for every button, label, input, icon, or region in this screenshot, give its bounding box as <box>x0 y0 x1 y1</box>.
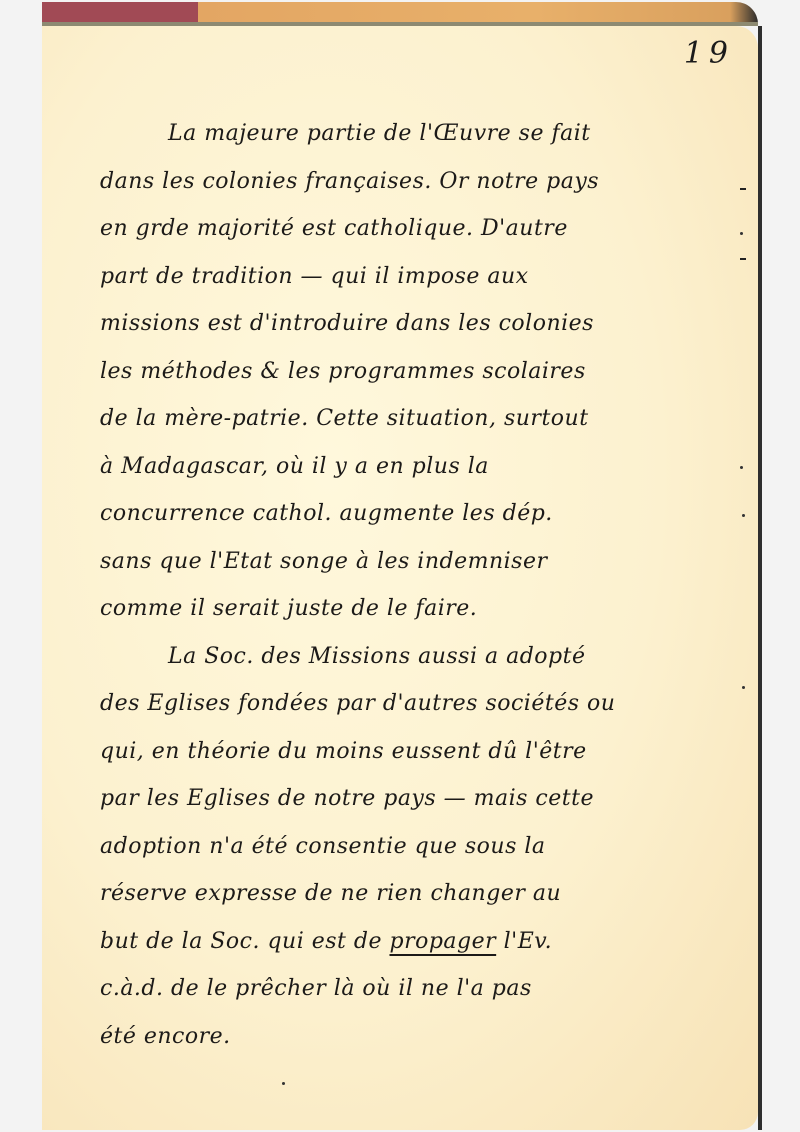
page-number: 19 <box>684 36 734 71</box>
margin-mark <box>740 258 746 260</box>
page-edge-shadow <box>758 26 762 1130</box>
text-fragment: l'Ev. <box>496 929 552 954</box>
text-line: de la mère-patrie. Cette situation, surt… <box>100 395 740 443</box>
margin-dot <box>740 466 743 469</box>
text-line: réserve expresse de ne rien changer au <box>100 870 740 918</box>
notebook-cover-band <box>42 2 758 24</box>
text-line: les méthodes & les programmes scolaires <box>100 348 740 396</box>
text-line: été encore. <box>100 1013 740 1061</box>
text-line: c.à.d. de le prêcher là où il ne l'a pas <box>100 965 740 1013</box>
text-line: part de tradition — qui il impose aux <box>100 253 740 301</box>
text-line: adoption n'a été consentie que sous la <box>100 823 740 871</box>
text-line: par les Eglises de notre pays — mais cet… <box>100 775 740 823</box>
text-line: sans que l'Etat songe à les indemniser <box>100 538 740 586</box>
underlined-word: propager <box>389 929 496 954</box>
text-line: à Madagascar, où il y a en plus la <box>100 443 740 491</box>
handwritten-text: La majeure partie de l'Œuvre se fait dan… <box>100 110 740 1060</box>
ink-speck <box>282 1082 285 1085</box>
text-line: en grde majorité est catholique. D'autre <box>100 205 740 253</box>
text-line: qui, en théorie du moins eussent dû l'êt… <box>100 728 740 776</box>
margin-mark <box>740 188 746 190</box>
text-line: des Eglises fondées par d'autres société… <box>100 680 740 728</box>
manuscript-page: 19 La majeure partie de l'Œuvre se fait … <box>42 26 758 1130</box>
cover-band-maroon <box>42 2 198 24</box>
text-line: missions est d'introduire dans les colon… <box>100 300 740 348</box>
text-line: comme il serait juste de le faire. <box>100 585 740 633</box>
margin-dot <box>742 686 745 689</box>
margin-dot <box>740 232 743 235</box>
text-line: La Soc. des Missions aussi a adopté <box>100 633 740 681</box>
text-line: dans les colonies françaises. Or notre p… <box>100 158 740 206</box>
manuscript-scan: 19 La majeure partie de l'Œuvre se fait … <box>42 2 758 1130</box>
text-line: La majeure partie de l'Œuvre se fait <box>100 110 740 158</box>
text-line-with-underline: but de la Soc. qui est de propager l'Ev. <box>100 918 740 966</box>
text-fragment: but de la Soc. qui est de <box>100 929 389 954</box>
text-line: concurrence cathol. augmente les dép. <box>100 490 740 538</box>
margin-dot <box>742 514 745 517</box>
cover-band-orange <box>198 2 758 24</box>
